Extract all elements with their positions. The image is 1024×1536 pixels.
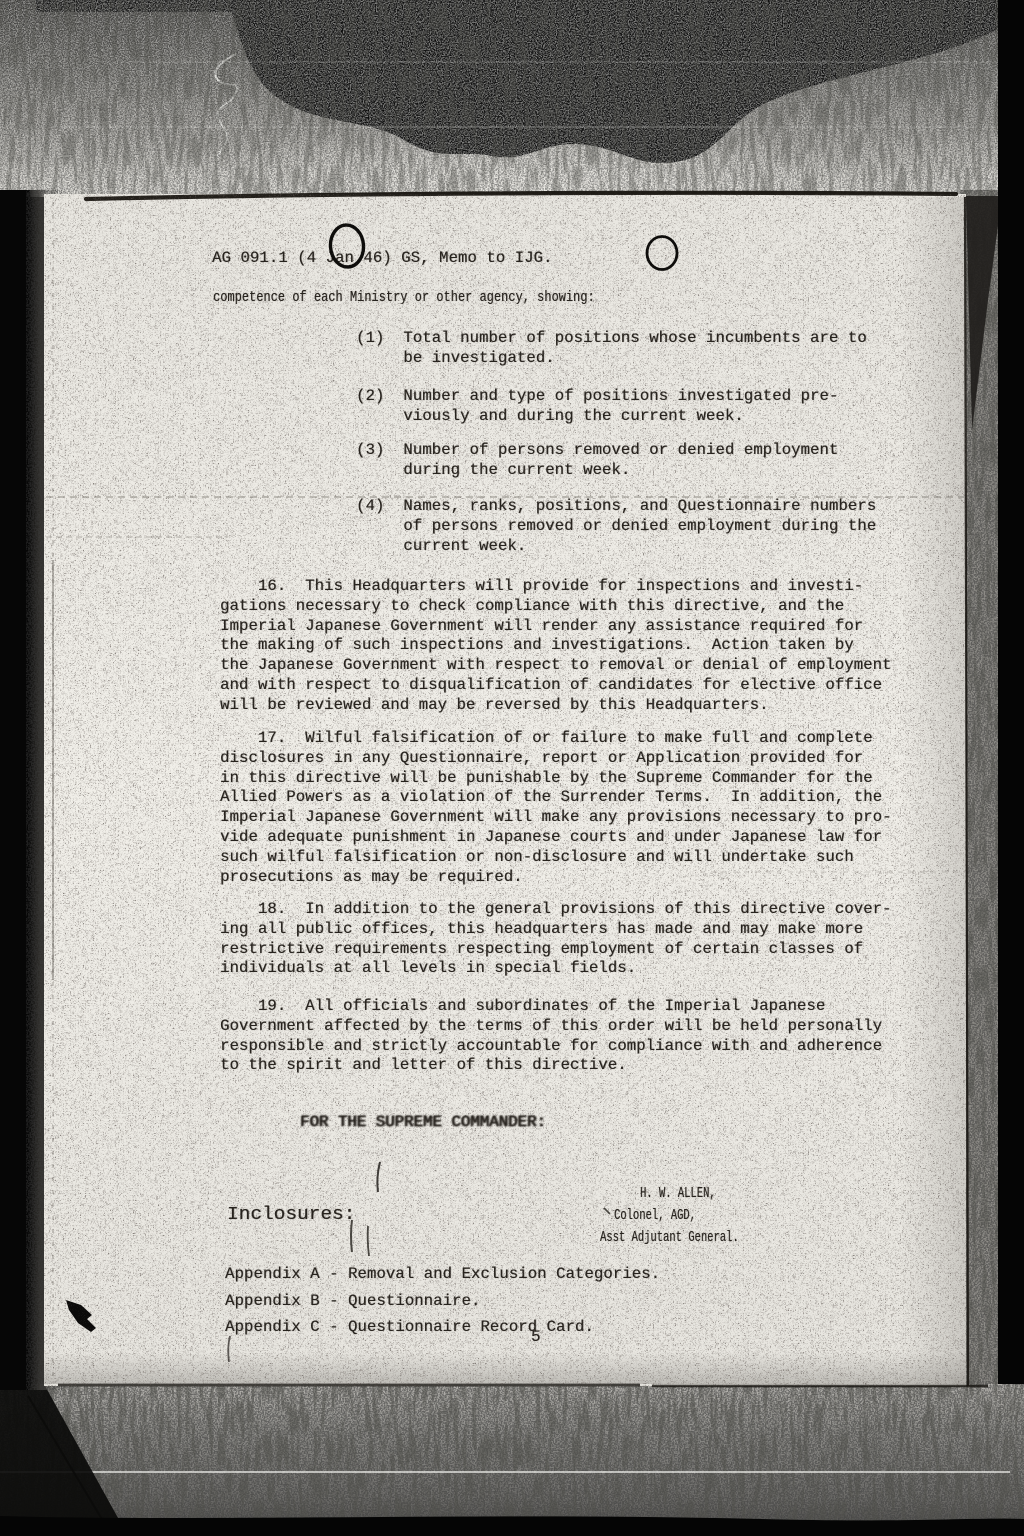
list-item-3: (3) Number of persons removed or denied … — [356, 441, 838, 481]
paragraph-16: 16. This Headquarters will provide for i… — [220, 577, 891, 716]
scanned-document: AG 091.1 (4 Jan 46) GS, Memo to IJG. com… — [0, 0, 1024, 1536]
signature-rank: Colonel, AGD, — [614, 1205, 696, 1227]
appendix-list: Appendix A - Removal and Exclusion Categ… — [225, 1261, 660, 1341]
document-text: AG 091.1 (4 Jan 46) GS, Memo to IJG. com… — [0, 0, 1024, 1536]
signature-name: H. W. ALLEN, — [640, 1183, 716, 1205]
paragraph-17: 17. Wilful falsification of or failure t… — [220, 729, 891, 887]
signature-title: Asst Adjutant General. — [600, 1227, 739, 1249]
closing-line: FOR THE SUPREME COMMANDER: — [300, 1113, 546, 1133]
reference-line: AG 091.1 (4 Jan 46) GS, Memo to IJG. — [212, 249, 552, 269]
enclosures-label: Inclosures: — [227, 1206, 355, 1226]
list-item-1: (1) Total number of positions whose incu… — [356, 329, 867, 369]
intro-line: competence of each Ministry or other age… — [213, 288, 595, 308]
list-item-4: (4) Names, ranks, positions, and Questio… — [356, 497, 876, 556]
page-number: 5 — [531, 1328, 540, 1348]
list-item-2: (2) Number and type of positions investi… — [356, 387, 838, 427]
paragraph-18: 18. In addition to the general provision… — [220, 900, 891, 979]
paragraph-19: 19. All officials and subordinates of th… — [220, 997, 882, 1076]
